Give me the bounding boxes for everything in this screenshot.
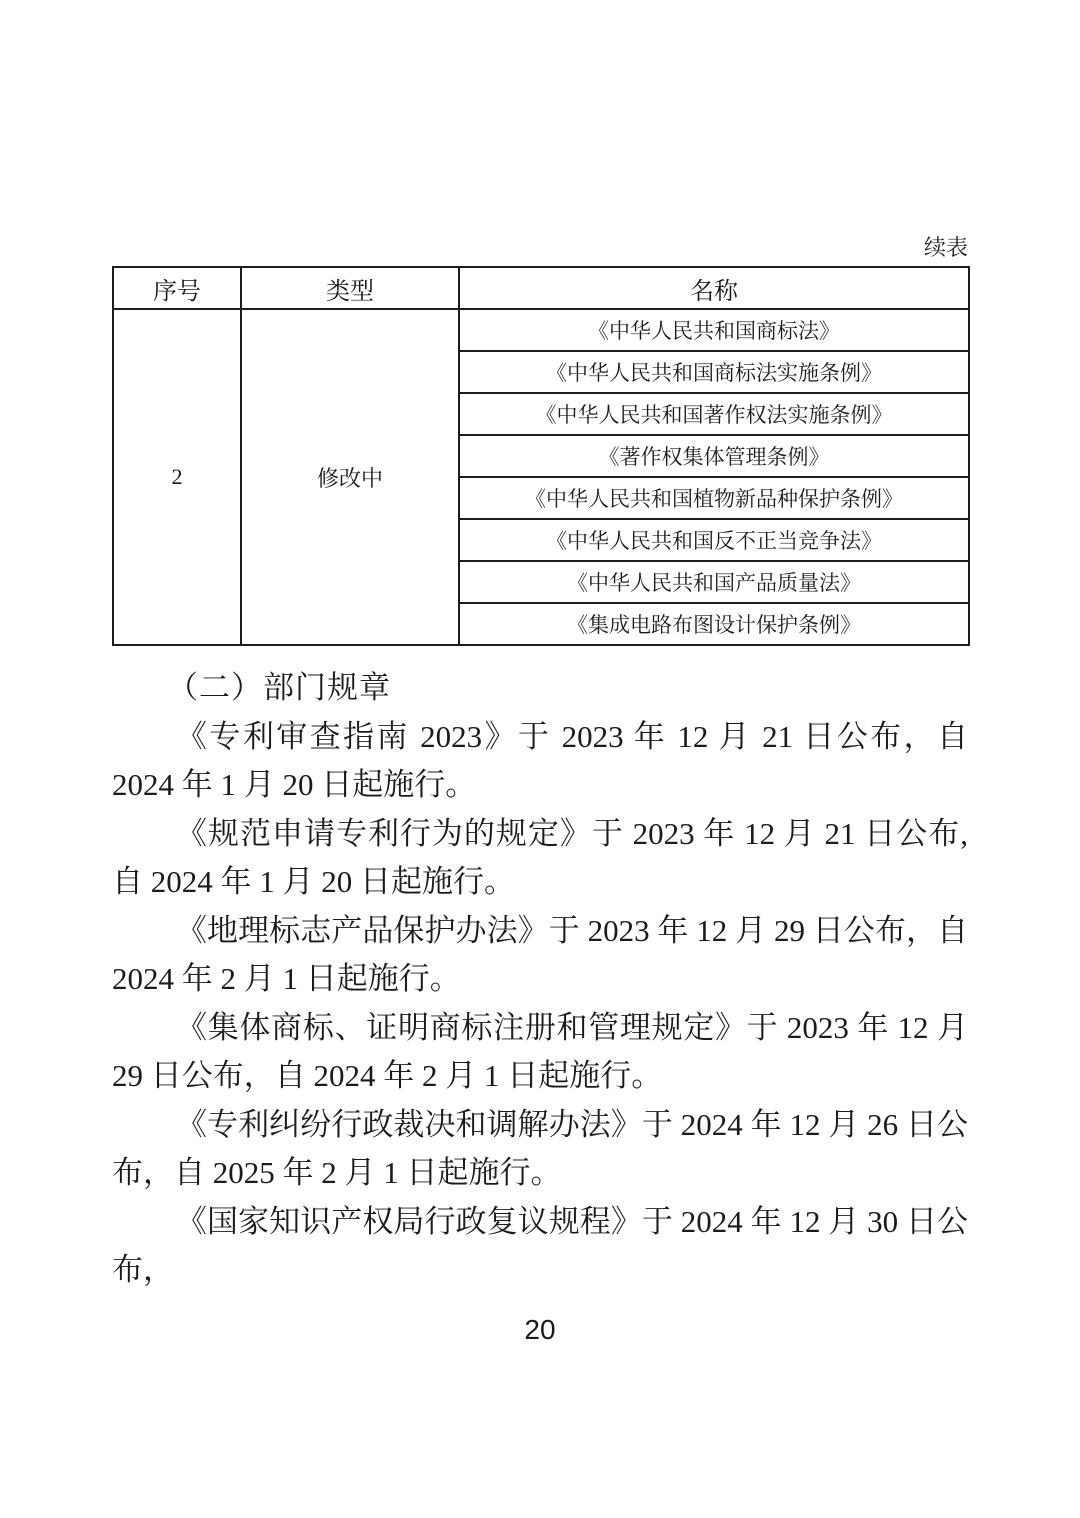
- continued-table-label: 续表: [112, 233, 968, 263]
- name-cell: 《著作权集体管理条例》: [459, 435, 969, 477]
- document-page: 续表 序号 类型 名称 2 修改中 《中华人民共和国商标法》 《中华人民共和国商…: [0, 0, 1080, 1518]
- header-cell-type: 类型: [241, 267, 459, 309]
- paragraph: 《集体商标、证明商标注册和管理规定》于 2023 年 12 月 29 日公布，自…: [112, 1004, 968, 1101]
- serial-cell: 2: [113, 309, 241, 645]
- paragraph: 《专利纠纷行政裁决和调解办法》于 2024 年 12 月 26 日公布，自 20…: [112, 1101, 968, 1198]
- type-cell: 修改中: [241, 309, 459, 645]
- regulations-table: 序号 类型 名称 2 修改中 《中华人民共和国商标法》 《中华人民共和国商标法实…: [112, 266, 970, 646]
- name-cell: 《中华人民共和国商标法》: [459, 309, 969, 351]
- body-content: （二）部门规章 《专利审查指南 2023》于 2023 年 12 月 21 日公…: [112, 664, 968, 1295]
- table-row: 2 修改中 《中华人民共和国商标法》: [113, 309, 969, 351]
- table-header-row: 序号 类型 名称: [113, 267, 969, 309]
- header-cell-name: 名称: [459, 267, 969, 309]
- name-cell: 《中华人民共和国著作权法实施条例》: [459, 393, 969, 435]
- name-cell: 《集成电路布图设计保护条例》: [459, 603, 969, 645]
- paragraph: 《地理标志产品保护办法》于 2023 年 12 月 29 日公布，自 2024 …: [112, 907, 968, 1004]
- name-cell: 《中华人民共和国商标法实施条例》: [459, 351, 969, 393]
- name-cell: 《中华人民共和国产品质量法》: [459, 561, 969, 603]
- paragraph: 《专利审查指南 2023》于 2023 年 12 月 21 日公布，自 2024…: [112, 713, 968, 810]
- paragraph: 《规范申请专利行为的规定》于 2023 年 12 月 21 日公布,自 2024…: [112, 810, 968, 907]
- section-heading: （二）部门规章: [112, 664, 968, 713]
- name-cell: 《中华人民共和国植物新品种保护条例》: [459, 477, 969, 519]
- page-number: 20: [0, 1314, 1080, 1346]
- paragraph: 《国家知识产权局行政复议规程》于 2024 年 12 月 30 日公布，: [112, 1198, 968, 1295]
- header-cell-serial: 序号: [113, 267, 241, 309]
- name-cell: 《中华人民共和国反不正当竞争法》: [459, 519, 969, 561]
